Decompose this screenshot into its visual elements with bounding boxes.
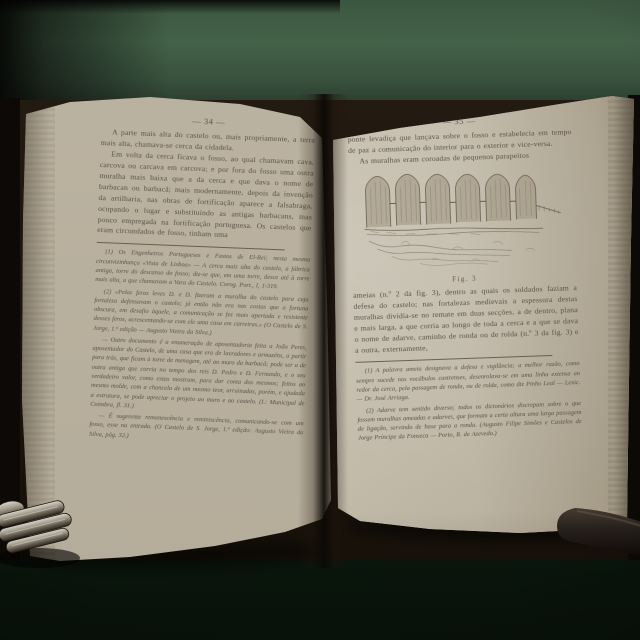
right-page-content: — 35 — ponte levadiça que lançava sobre … [347,112,582,445]
background-wall-shadow [0,0,180,110]
battlements-sketch-svg [359,164,566,273]
footnote: (2) Adarve tem sentido diverso; todos os… [357,399,582,444]
metal-clamp-arm [551,496,640,568]
paragraph: Em volta da cerca ficava o fosso, ao qua… [97,149,314,245]
background-bottom-band [0,560,640,640]
footnote: (1) A palavra ameia designava a defesa e… [356,359,581,404]
figure-battlements-illustration [359,164,567,278]
footnote: (2) «Pelas feras leves D. e D. fizeram a… [93,286,309,341]
left-page-content: — 34 — A parte mais alta do castelo ou, … [89,112,316,449]
background-top-strip [0,0,340,14]
paragraph: ameias (n.º 2 da fig. 3), dentro as quai… [353,283,579,356]
footnote: — Outro documento é a enumeração de apos… [90,335,307,418]
footnote: (1) Os Engenheiros Portugueses e Fastos … [95,247,310,293]
metal-hand-stand [0,484,90,570]
book-photo-scene: — 34 — A parte mais alta do castelo ou, … [0,0,640,640]
book-gutter-shadow [298,94,348,568]
footnote: — É sugerente remanescência e reminiscên… [89,411,304,447]
